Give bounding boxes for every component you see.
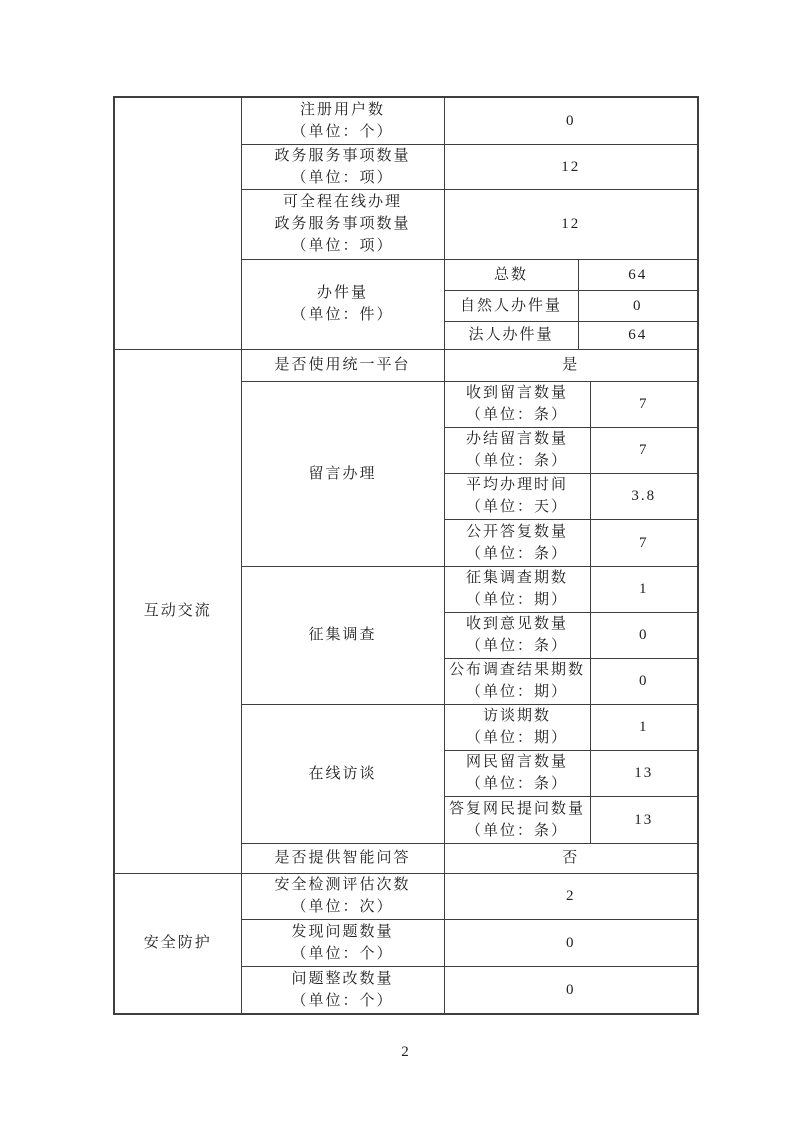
metric-value: 否 (444, 843, 698, 873)
submetric-value: 3.8 (590, 473, 698, 519)
metric-label: 是否提供智能问答 (241, 843, 444, 873)
metric-value: 0 (444, 966, 698, 1014)
submetric-label: 收到留言数量 （单位：条） (444, 381, 590, 427)
metric-label: 注册用户数 （单位：个） (241, 97, 444, 144)
submetric-label: 公开答复数量 （单位：条） (444, 519, 590, 566)
submetric-value: 0 (590, 658, 698, 704)
submetric-label: 收到意见数量 （单位：条） (444, 612, 590, 658)
submetric-value: 64 (578, 259, 698, 290)
group-label: 留言办理 (241, 381, 444, 566)
submetric-label: 自然人办件量 (444, 290, 578, 321)
metric-label: 安全检测评估次数 （单位：次） (241, 873, 444, 919)
submetric-label: 办结留言数量 （单位：条） (444, 427, 590, 473)
metric-value: 2 (444, 873, 698, 919)
submetric-value: 7 (590, 427, 698, 473)
metric-label: 发现问题数量 （单位：个） (241, 919, 444, 966)
metric-label: 政务服务事项数量 （单位：项） (241, 144, 444, 189)
submetric-label: 访谈期数 （单位：期） (444, 704, 590, 750)
submetric-value: 13 (590, 796, 698, 843)
submetric-label: 公布调查结果期数 （单位：期） (444, 658, 590, 704)
metric-value: 0 (444, 97, 698, 144)
submetric-label: 平均办理时间 （单位：天） (444, 473, 590, 519)
metric-label: 可全程在线办理 政务服务事项数量 （单位：项） (241, 189, 444, 259)
page-number: 2 (113, 1044, 697, 1061)
submetric-label: 答复网民提问数量 （单位：条） (444, 796, 590, 843)
submetric-value: 0 (590, 612, 698, 658)
metric-value: 12 (444, 189, 698, 259)
group-label: 办件量 （单位：件） (241, 259, 444, 349)
submetric-value: 64 (578, 321, 698, 349)
category-cell-empty (114, 97, 241, 349)
metric-value: 0 (444, 919, 698, 966)
metric-label: 问题整改数量 （单位：个） (241, 966, 444, 1014)
submetric-value: 7 (590, 519, 698, 566)
report-table: 注册用户数 （单位：个） 0 政务服务事项数量 （单位：项） 12 可全程在线办… (113, 96, 699, 1015)
metric-label: 是否使用统一平台 (241, 349, 444, 381)
submetric-value: 1 (590, 704, 698, 750)
group-label: 在线访谈 (241, 704, 444, 843)
category-cell-interaction: 互动交流 (114, 349, 241, 873)
submetric-label: 网民留言数量 （单位：条） (444, 750, 590, 796)
submetric-value: 13 (590, 750, 698, 796)
submetric-value: 7 (590, 381, 698, 427)
submetric-value: 0 (578, 290, 698, 321)
submetric-label: 总数 (444, 259, 578, 290)
metric-value: 是 (444, 349, 698, 381)
metric-value: 12 (444, 144, 698, 189)
submetric-label: 法人办件量 (444, 321, 578, 349)
category-cell-security: 安全防护 (114, 873, 241, 1014)
submetric-value: 1 (590, 566, 698, 612)
submetric-label: 征集调查期数 （单位：期） (444, 566, 590, 612)
group-label: 征集调查 (241, 566, 444, 704)
